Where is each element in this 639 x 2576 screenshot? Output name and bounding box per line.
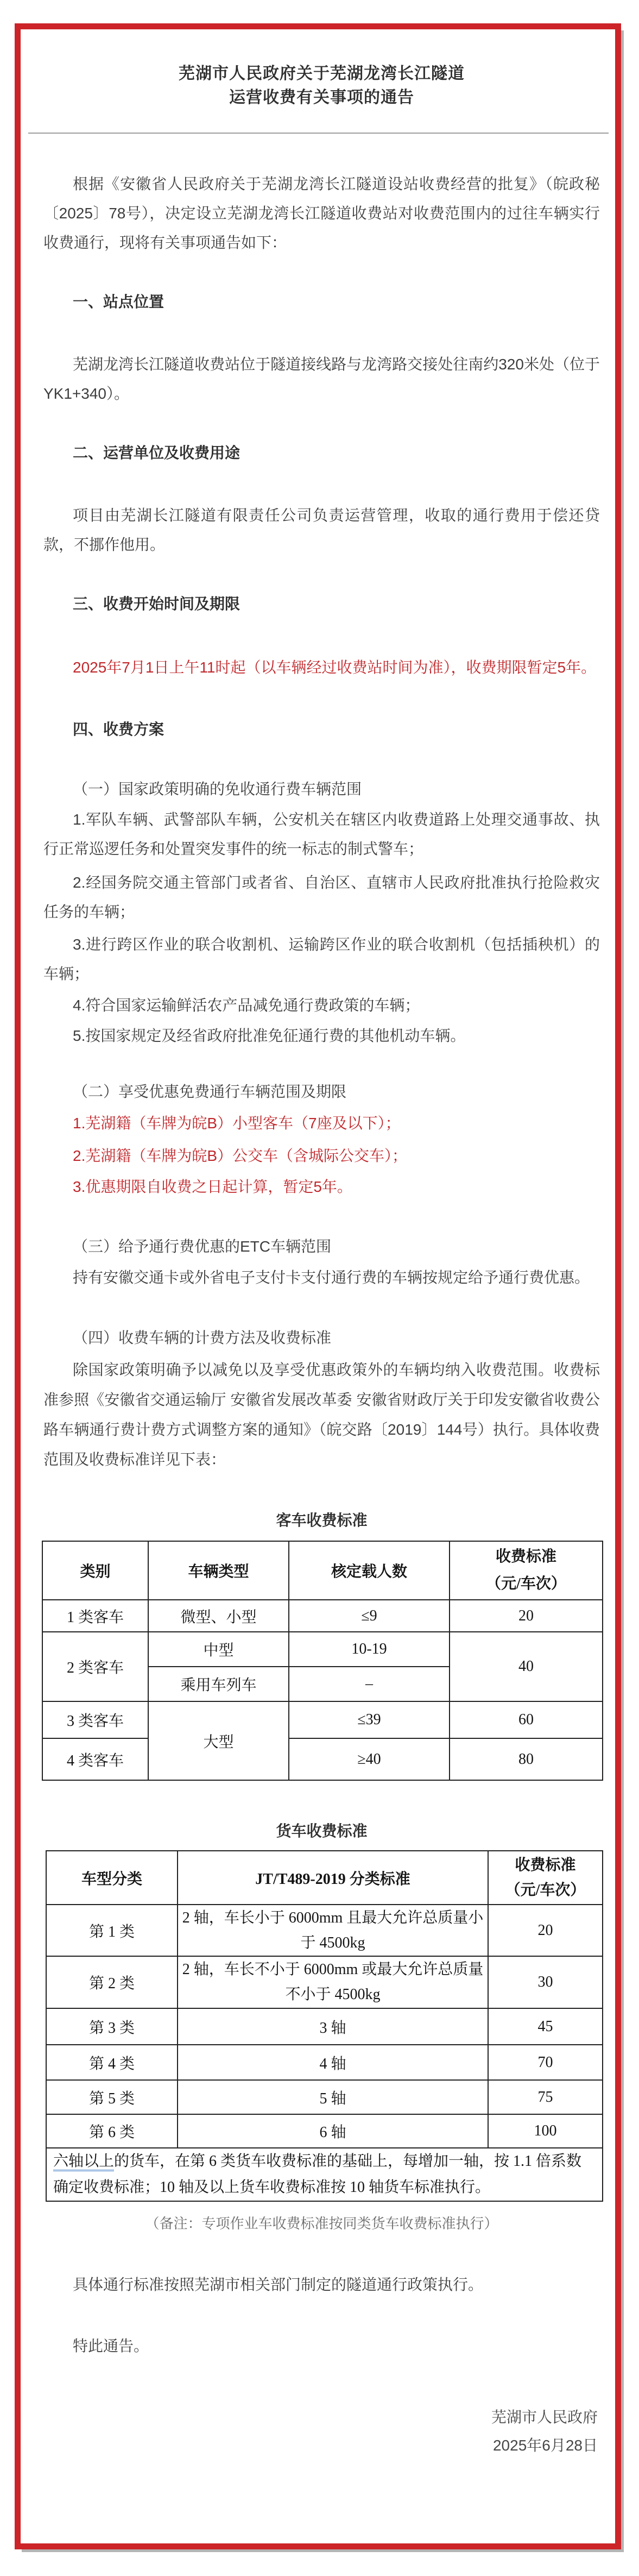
paragraph-fee-standard: 除国家政策明确予以减免以及享受优惠政策外的车辆均纳入收费范围。收费标准参照《安徽… <box>43 1355 600 1474</box>
bus-large-type: 大型 <box>148 1701 289 1780</box>
truck-header-standard: JT/T489-2019 分类标准 <box>178 1851 488 1905</box>
bus-class2-type-mid: 中型 <box>148 1632 289 1667</box>
bus-class3-label: 3 类客车 <box>42 1701 148 1738</box>
bus-class2-seats: 10-19 <box>289 1632 450 1667</box>
signature-date: 2025年6月28日 <box>43 2432 600 2459</box>
bus-class2-label: 2 类客车 <box>42 1632 148 1701</box>
bus-class3-fee: 60 <box>450 1701 603 1738</box>
notice-body: 芜湖市人民政府关于芜湖龙湾长江隧道 运营收费有关事项的通告 根据《安徽省人民政府… <box>21 62 615 2576</box>
truck-class4-label: 第 4 类 <box>46 2045 178 2080</box>
paragraph-station-location: 芜湖龙湾长江隧道收费站位于隧道接线路与龙湾路交接处往南约320米处（位于YK1+… <box>43 350 600 409</box>
title-divider <box>28 133 609 134</box>
truck-class4-fee: 70 <box>488 2045 603 2080</box>
bus-table-title: 客车收费标准 <box>43 1506 600 1535</box>
truck-class1-standard: 2 轴，车长小于 6000mm 且最大允许总质量小于 4500kg <box>178 1905 488 1956</box>
table-remark: （备注：专项作业车收费标准按同类货车收费标准执行） <box>43 2209 600 2238</box>
truck-class5-standard: 5 轴 <box>178 2080 488 2114</box>
truck-header-fee-line1: 收费标准 <box>489 1853 602 1878</box>
truck-row-2: 第 2 类 2 轴，车长不小于 6000mm 或最大允许总质量不小于 4500k… <box>46 1956 603 2008</box>
truck-class2-fee: 30 <box>488 1956 603 2008</box>
subsection-heading-etc: （三）给予通行费优惠的ETC车辆范围 <box>43 1232 600 1261</box>
bus-class1-fee: 20 <box>450 1600 603 1632</box>
bus-class1-type: 微型、小型 <box>148 1600 289 1632</box>
truck-class6-label: 第 6 类 <box>46 2114 178 2148</box>
bus-header-fee: 收费标准 （元/车次） <box>450 1541 603 1600</box>
truck-class2-label: 第 2 类 <box>46 1956 178 2008</box>
bus-row-class4: 4 类客车 ≥40 80 <box>42 1738 603 1780</box>
bus-class4-label: 4 类客车 <box>42 1738 148 1780</box>
bus-class3-seats: ≤39 <box>289 1701 450 1738</box>
paragraph-start-time-red: 2025年7月1日上午11时起（以车辆经过收费站时间为准），收费期限暂定5年。 <box>43 653 600 682</box>
truck-row-5: 第 5 类 5 轴 75 <box>46 2080 603 2114</box>
free-vehicle-item-2: 2.经国务院交通主管部门或者省、自治区、直辖市人民政府批准执行抢险救灾任务的车辆… <box>43 868 600 927</box>
bus-header-seats: 核定载人数 <box>289 1541 450 1600</box>
discount-item-1-red: 1.芜湖籍（车牌为皖B）小型客车（7座及以下）； <box>43 1109 600 1138</box>
notice-red-frame: 芜湖市人民政府关于芜湖龙湾长江隧道 运营收费有关事项的通告 根据《安徽省人民政府… <box>15 23 621 2549</box>
truck-class6-standard: 6 轴 <box>178 2114 488 2148</box>
bus-fare-table: 类别 车辆类型 核定载人数 收费标准 （元/车次） 1 类客车 微型、小型 ≤9… <box>42 1541 603 1781</box>
subsection-heading-fee-method: （四）收费车辆的计费方法及收费标准 <box>43 1323 600 1353</box>
discount-item-3-red: 3.优惠期限自收费之日起计算，暂定5年。 <box>43 1172 600 1202</box>
paragraph-intro: 根据《安徽省人民政府关于芜湖龙湾长江隧道设站收费经营的批复》（皖政秘〔2025〕… <box>43 169 600 257</box>
bus-class2-type-trailer: 乘用车列车 <box>148 1667 289 1701</box>
truck-table-title: 货车收费标准 <box>43 1817 600 1846</box>
free-vehicle-item-3: 3.进行跨区作业的联合收割机、运输跨区作业的联合收割机（包括插秧机）的车辆； <box>43 930 600 989</box>
page-title-line-1: 芜湖市人民政府关于芜湖龙湾长江隧道 <box>43 62 600 86</box>
bus-row-class2-mid: 2 类客车 中型 10-19 40 <box>42 1632 603 1667</box>
truck-class3-fee: 45 <box>488 2008 603 2045</box>
paragraph-hereby-notice: 特此通告。 <box>43 2332 600 2361</box>
truck-class4-standard: 4 轴 <box>178 2045 488 2080</box>
truck-header-fee: 收费标准 （元/车次） <box>488 1851 603 1905</box>
subsection-heading-free-vehicles: （一）国家政策明确的免收通行费车辆范围 <box>43 775 600 804</box>
truck-class1-label: 第 1 类 <box>46 1905 178 1956</box>
truck-class5-fee: 75 <box>488 2080 603 2114</box>
section-heading-2: 二、运营单位及收费用途 <box>43 438 600 468</box>
six-axle-link[interactable]: 六轴以上 <box>53 2153 114 2171</box>
signature-org: 芜湖市人民政府 <box>43 2404 600 2431</box>
page-title-line-2: 运营收费有关事项的通告 <box>43 86 600 110</box>
truck-class5-label: 第 5 类 <box>46 2080 178 2114</box>
truck-row-4: 第 4 类 4 轴 70 <box>46 2045 603 2080</box>
truck-class1-fee: 20 <box>488 1905 603 1956</box>
bus-class1-seats: ≤9 <box>289 1600 450 1632</box>
bus-class4-fee: 80 <box>450 1738 603 1780</box>
bus-row-class3: 3 类客车 大型 ≤39 60 <box>42 1701 603 1738</box>
bus-class2-trailer-seats: – <box>289 1667 450 1701</box>
paragraph-etc: 持有安徽交通卡或外省电子支付卡支付通行费的车辆按规定给予通行费优惠。 <box>43 1263 600 1292</box>
section-heading-3: 三、收费开始时间及期限 <box>43 589 600 619</box>
discount-item-2-red: 2.芜湖籍（车牌为皖B）公交车（含城际公交车）； <box>43 1141 600 1171</box>
six-axle-rule-text: 的货车，在第 6 类货车收费标准的基础上，每增加一轴，按 1.1 倍系数确定收费… <box>53 2153 581 2196</box>
bus-header-fee-line2: （元/车次） <box>450 1570 602 1598</box>
page-title: 芜湖市人民政府关于芜湖龙湾长江隧道 运营收费有关事项的通告 <box>43 62 600 110</box>
free-vehicle-item-1: 1.军队车辆、武警部队车辆，公安机关在辖区内收费道路上处理交通事故、执行正常巡逻… <box>43 805 600 864</box>
truck-over-six-axle-cell: 六轴以上的货车，在第 6 类货车收费标准的基础上，每增加一轴，按 1.1 倍系数… <box>46 2148 603 2201</box>
truck-class6-fee: 100 <box>488 2114 603 2148</box>
free-vehicle-item-4: 4.符合国家运输鲜活农产品减免通行费政策的车辆； <box>43 991 600 1020</box>
bus-header-row: 类别 车辆类型 核定载人数 收费标准 （元/车次） <box>42 1541 603 1600</box>
truck-class2-standard: 2 轴，车长不小于 6000mm 或最大允许总质量不小于 4500kg <box>178 1956 488 2008</box>
bus-class4-seats: ≥40 <box>289 1738 450 1780</box>
bus-header-category: 类别 <box>42 1541 148 1600</box>
truck-header-row: 车型分类 JT/T489-2019 分类标准 收费标准 （元/车次） <box>46 1851 603 1905</box>
truck-class3-standard: 3 轴 <box>178 2008 488 2045</box>
truck-row-3: 第 3 类 3 轴 45 <box>46 2008 603 2045</box>
truck-row-over-six-axles: 六轴以上的货车，在第 6 类货车收费标准的基础上，每增加一轴，按 1.1 倍系数… <box>46 2148 603 2201</box>
section-heading-4: 四、收费方案 <box>43 715 600 744</box>
free-vehicle-item-5: 5.按国家规定及经省政府批准免征通行费的其他机动车辆。 <box>43 1021 600 1051</box>
truck-row-1: 第 1 类 2 轴，车长小于 6000mm 且最大允许总质量小于 4500kg … <box>46 1905 603 1956</box>
bus-class1-label: 1 类客车 <box>42 1600 148 1632</box>
section-heading-1: 一、站点位置 <box>43 287 600 317</box>
truck-class3-label: 第 3 类 <box>46 2008 178 2045</box>
bus-header-fee-line1: 收费标准 <box>450 1543 602 1570</box>
bus-class2-fee: 40 <box>450 1632 603 1701</box>
bus-row-class1: 1 类客车 微型、小型 ≤9 20 <box>42 1600 603 1632</box>
truck-header-category: 车型分类 <box>46 1851 178 1905</box>
truck-header-fee-line2: （元/车次） <box>489 1878 602 1903</box>
paragraph-operator: 项目由芜湖长江隧道有限责任公司负责运营管理，收取的通行费用于偿还贷款，不挪作他用… <box>43 501 600 560</box>
bus-header-vehicle-type: 车辆类型 <box>148 1541 289 1600</box>
truck-fare-table: 车型分类 JT/T489-2019 分类标准 收费标准 （元/车次） 第 1 类… <box>46 1850 603 2202</box>
paragraph-policy: 具体通行标准按照芜湖市相关部门制定的隧道通行政策执行。 <box>43 2270 600 2299</box>
truck-row-6: 第 6 类 6 轴 100 <box>46 2114 603 2148</box>
subsection-heading-discount-vehicles: （二）享受优惠免费通行车辆范围及期限 <box>43 1077 600 1107</box>
